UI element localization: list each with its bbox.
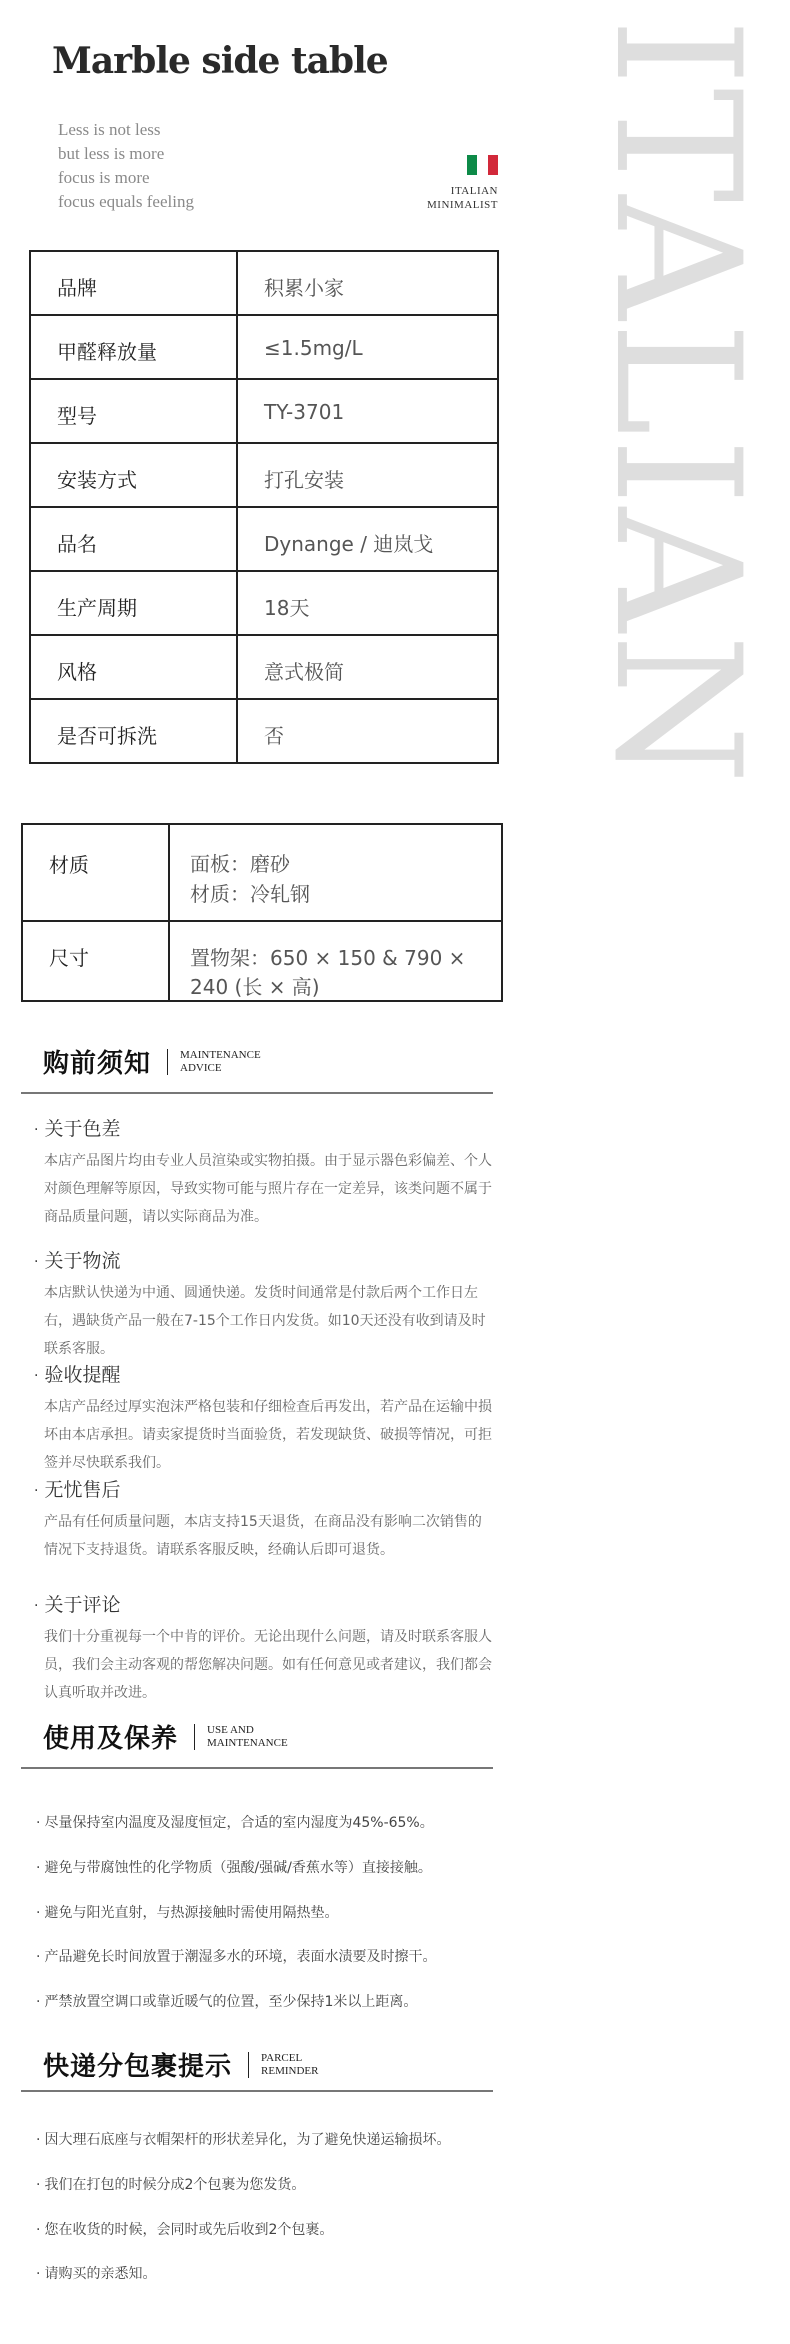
divider [167,1049,168,1075]
divider [194,1724,195,1750]
list-item: ·我们在打包的时候分成2个包裹为您发货。 [36,2175,305,2195]
divider [21,1092,493,1094]
section-heading-use-maintenance: 使用及保养 USE AND MAINTENANCE [43,1718,288,1755]
italian-flag-icon [467,155,498,175]
tagline-line: focus is more [58,166,194,190]
list-item: ·产品避免长时间放置于潮湿多水的环境，表面水渍要及时擦干。 [36,1947,436,1967]
list-item: ·因大理石底座与衣帽架杆的形状差异化，为了避免快递运输损坏。 [36,2130,450,2150]
table-row: 生产周期18天 [30,571,498,635]
tagline: Less is not less but less is more focus … [58,118,194,214]
notice-item: ·关于物流 本店默认快递为中通、圆通快递。发货时间通常是付款后两个工作日左右，遇… [34,1248,494,1363]
list-item: ·尽量保持室内温度及湿度恒定，合适的室内湿度为45%-65%。 [36,1813,434,1833]
divider [21,1767,493,1769]
list-item: ·避免与带腐蚀性的化学物质（强酸/强碱/香蕉水等）直接接触。 [36,1858,432,1878]
divider [248,2052,249,2078]
table-row: 安装方式打孔安装 [30,443,498,507]
vertical-italian-watermark: ITALIAN [612,18,742,518]
list-item: ·您在收货的时候，会同时或先后收到2个包裹。 [36,2220,333,2240]
table-row: 品名Dynange / 迪岚戈 [30,507,498,571]
notice-item: ·无忧售后 产品有任何质量问题，本店支持15天退货，在商品没有影响二次销售的情况… [34,1477,494,1564]
notice-item: ·关于评论 我们十分重视每一个中肯的评价。无论出现什么问题，请及时联系客服人员，… [34,1592,494,1707]
tagline-line: focus equals feeling [58,190,194,214]
list-item: ·请购买的亲悉知。 [36,2264,156,2284]
tagline-line: but less is more [58,142,194,166]
notice-item: ·验收提醒 本店产品经过厚实泡沫严格包装和仔细检查后再发出，若产品在运输中损坏由… [34,1362,494,1477]
table-row: 甲醛释放量≤1.5mg/L [30,315,498,379]
material-table: 材质 面板：磨砂 材质：冷轧钢 尺寸 置物架：650 × 150 & 790 ×… [21,823,503,1002]
list-item: ·严禁放置空调口或靠近暖气的位置，至少保持1米以上距离。 [36,1992,417,2012]
table-row: 风格意式极简 [30,635,498,699]
section-heading-parcel-reminder: 快递分包裹提示 PARCEL REMINDER [43,2046,318,2083]
notice-item: ·关于色差 本店产品图片均由专业人员渲染或实物拍摄。由于显示器色彩偏差、个人对颜… [34,1116,494,1231]
table-row: 是否可拆洗否 [30,699,498,763]
section-heading-purchase-notice: 购前须知 MAINTENANCE ADVICE [43,1043,261,1080]
divider [21,2090,493,2092]
flag-label: ITALIAN MINIMALIST [427,184,498,212]
page-title: Marble side table [52,40,388,82]
list-item: ·避免与阳光直射，与热源接触时需使用隔热垫。 [36,1903,338,1923]
table-row: 材质 面板：磨砂 材质：冷轧钢 [22,824,502,921]
table-row: 型号TY-3701 [30,379,498,443]
table-row: 尺寸 置物架：650 × 150 & 790 × 240 (长 × 高) [22,921,502,1001]
table-row: 品牌积累小家 [30,251,498,315]
spec-table: 品牌积累小家 甲醛释放量≤1.5mg/L 型号TY-3701 安装方式打孔安装 … [29,250,499,764]
tagline-line: Less is not less [58,118,194,142]
